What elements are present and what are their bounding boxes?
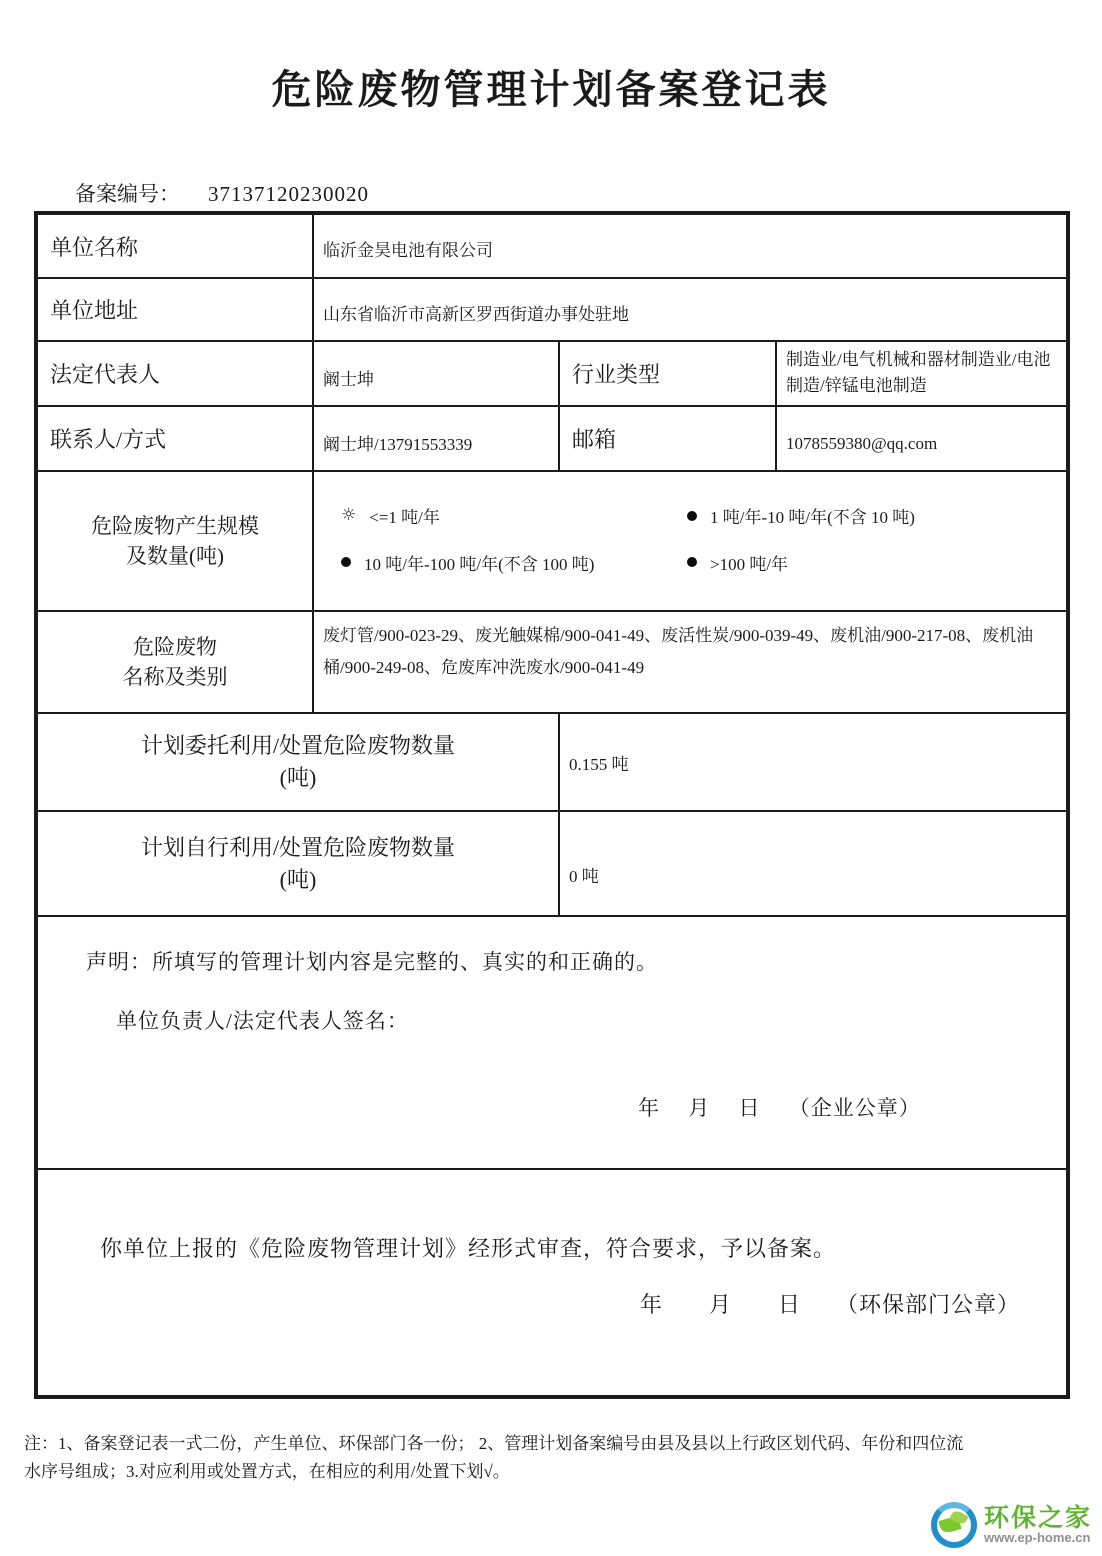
radio-selected-icon[interactable] xyxy=(687,557,697,567)
scale-option-label: <=1 吨/年 xyxy=(369,503,440,528)
unit-name-value: 临沂金昊电池有限公司 xyxy=(312,213,1068,279)
entrusted-qty-label-line1: 计划委托利用/处置危险废物数量 xyxy=(141,730,455,762)
footer-brand-name: 环保之家 xyxy=(984,1505,1092,1531)
document-page: 危险废物管理计划备案登记表 备案编号：37137120230020 单位名称 临… xyxy=(0,0,1102,1556)
self-qty-label: 计划自行利用/处置危险废物数量 (吨) xyxy=(36,810,560,917)
scale-option-10to100[interactable]: 10 吨/年-100 吨/年(不含 100 吨) xyxy=(314,550,660,575)
declaration-statement: 声明：所填写的管理计划内容是完整的、真实的和正确的。 xyxy=(86,946,658,976)
declaration-signature-label: 单位负责人/法定代表人签名： xyxy=(116,1005,409,1035)
legal-rep-label: 法定代表人 xyxy=(36,340,314,407)
ep-home-logo-icon xyxy=(931,1502,977,1548)
email-value: 1078559380@qq.com xyxy=(775,405,1068,472)
radio-selected-icon[interactable] xyxy=(687,511,697,521)
scale-options-row-1: ☼ <=1 吨/年 1 吨/年-10 吨/年(不含 10 吨) xyxy=(314,503,1066,528)
approval-statement: 你单位上报的《危险废物管理计划》经形式审查，符合要求，予以备案。 xyxy=(100,1232,836,1263)
scale-label-line1: 危险废物产生规模 xyxy=(91,511,259,541)
footnote: 注：1、备案登记表一式二份，产生单位、环保部门各一份； 2、管理计划备案编号由县… xyxy=(24,1430,1086,1486)
contact-value: 阚士坤/13791553339 xyxy=(312,405,560,472)
self-qty-value: 0 吨 xyxy=(558,810,1068,917)
record-number-line: 备案编号：37137120230020 xyxy=(75,178,369,208)
legal-rep-value: 阚士坤 xyxy=(312,340,560,407)
unit-address-value: 山东省临沂市高新区罗西街道办事处驻地 xyxy=(312,277,1068,342)
scale-option-label: 10 吨/年-100 吨/年(不含 100 吨) xyxy=(364,550,594,575)
industry-type-label: 行业类型 xyxy=(558,340,777,407)
page-title: 危险废物管理计划备案登记表 xyxy=(0,58,1102,115)
waste-names-value: 废灯管/900-023-29、废光触媒棉/900-041-49、废活性炭/900… xyxy=(312,610,1068,714)
scale-options-cell: ☼ <=1 吨/年 1 吨/年-10 吨/年(不含 10 吨) 10 吨/年-1… xyxy=(312,470,1068,612)
scale-option-label: >100 吨/年 xyxy=(710,550,788,575)
radio-selected-icon[interactable] xyxy=(341,557,351,567)
self-qty-label-line1: 计划自行利用/处置危险废物数量 xyxy=(141,832,455,864)
email-label: 邮箱 xyxy=(558,405,777,472)
record-number-label: 备案编号： xyxy=(75,182,180,206)
entrusted-qty-value: 0.155 吨 xyxy=(558,712,1068,812)
record-number-value: 37137120230020 xyxy=(208,182,369,206)
scale-options-row-2: 10 吨/年-100 吨/年(不含 100 吨) >100 吨/年 xyxy=(314,550,1066,575)
footnote-line2: 水序号组成；3.对应利用或处置方式，在相应的利用/处置下划√。 xyxy=(24,1458,1086,1486)
unit-address-label: 单位地址 xyxy=(36,277,314,342)
radio-unselected-icon[interactable]: ☼ xyxy=(341,507,356,524)
footer-logo-text: 环保之家 www.ep-home.cn xyxy=(984,1505,1092,1545)
waste-names-label: 危险废物 名称及类别 xyxy=(36,610,314,714)
scale-label: 危险废物产生规模 及数量(吨) xyxy=(36,470,314,612)
waste-names-label-line2: 名称及类别 xyxy=(123,662,228,692)
declaration-date-line: 年 月 日 （企业公章） xyxy=(638,1092,921,1122)
entrusted-qty-label: 计划委托利用/处置危险废物数量 (吨) xyxy=(36,712,560,812)
scale-option-lte1[interactable]: ☼ <=1 吨/年 xyxy=(314,503,660,528)
approval-block xyxy=(36,1168,1068,1397)
approval-date-line: 年 月 日 （环保部门公章） xyxy=(640,1288,1020,1319)
footer-logo: 环保之家 www.ep-home.cn xyxy=(931,1502,1092,1548)
footnote-line1: 注：1、备案登记表一式二份，产生单位、环保部门各一份； 2、管理计划备案编号由县… xyxy=(24,1430,1086,1458)
scale-option-gt100[interactable]: >100 吨/年 xyxy=(660,550,788,575)
contact-label: 联系人/方式 xyxy=(36,405,314,472)
self-qty-label-line2: (吨) xyxy=(280,864,317,896)
scale-option-1to10[interactable]: 1 吨/年-10 吨/年(不含 10 吨) xyxy=(660,503,915,528)
industry-type-value: 制造业/电气机械和器材制造业/电池制造/锌锰电池制造 xyxy=(775,340,1068,407)
scale-label-line2: 及数量(吨) xyxy=(126,541,224,571)
entrusted-qty-label-line2: (吨) xyxy=(280,762,317,794)
unit-name-label: 单位名称 xyxy=(36,213,314,279)
scale-option-label: 1 吨/年-10 吨/年(不含 10 吨) xyxy=(710,503,915,528)
waste-names-label-line1: 危险废物 xyxy=(133,632,217,662)
footer-brand-url: www.ep-home.cn xyxy=(984,1531,1092,1545)
